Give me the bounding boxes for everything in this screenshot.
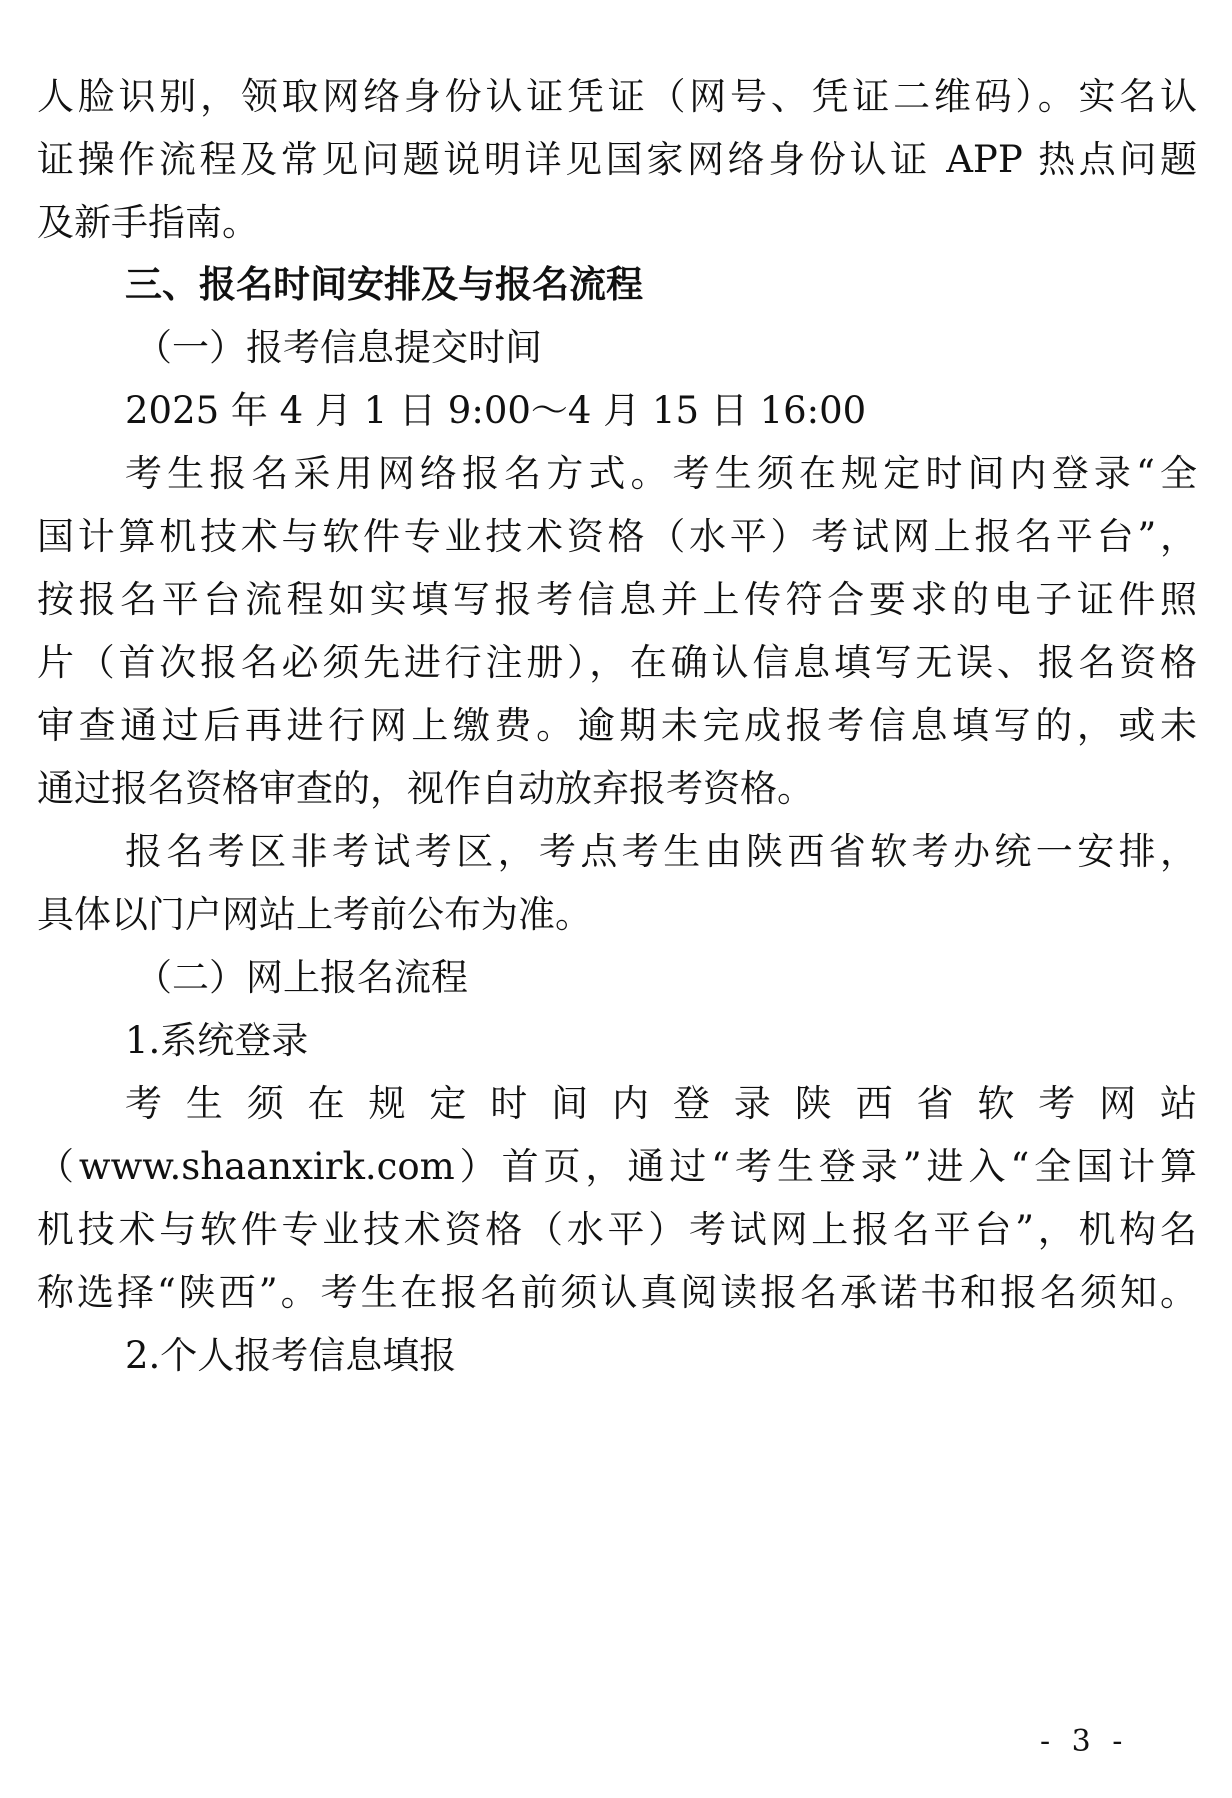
subsection-heading: （一）报考信息提交时间 bbox=[135, 323, 1232, 373]
paragraph-line: 称选择“陕西”。考生在报名前须认真阅读报名承诺书和报名须知。 bbox=[37, 1268, 1197, 1318]
paragraph-line: 片（首次报名必须先进行注册），在确认信息填写无误、报名资格 bbox=[37, 638, 1197, 688]
registration-date: 2025 年 4 月 1 日 9:00～4 月 15 日 16:00 bbox=[125, 386, 1197, 436]
paragraph-line: 考生报名采用网络报名方式。考生须在规定时间内登录“全 bbox=[125, 449, 1197, 499]
paragraph-line: 按报名平台流程如实填写报考信息并上传符合要求的电子证件照 bbox=[37, 575, 1197, 625]
paragraph-line: 机技术与软件专业技术资格（水平）考试网上报名平台”，机构名 bbox=[37, 1205, 1197, 1255]
paragraph-line: 国计算机技术与软件专业技术资格（水平）考试网上报名平台”， bbox=[37, 512, 1197, 562]
paragraph-line: 报名考区非考试考区，考点考生由陕西省软考办统一安排， bbox=[125, 827, 1197, 877]
page-number: - 3 - bbox=[1040, 1722, 1122, 1762]
section-heading: 三、报名时间安排及与报名流程 bbox=[125, 260, 1232, 310]
step-heading: 2.个人报考信息填报 bbox=[125, 1331, 1197, 1381]
paragraph-line: 审查通过后再进行网上缴费。逾期未完成报考信息填写的，或未 bbox=[37, 701, 1197, 751]
document-page: 人脸识别，领取网络身份认证凭证（网号、凭证二维码）。实名认 证操作流程及常见问题… bbox=[0, 0, 1232, 1798]
paragraph-line: 通过报名资格审查的，视作自动放弃报考资格。 bbox=[37, 764, 1197, 814]
subsection-heading: （二）网上报名流程 bbox=[135, 953, 1232, 1003]
body-line: 及新手指南。 bbox=[37, 198, 1197, 248]
paragraph-line: 考生须在规定时间内登录陕西省软考网站 bbox=[125, 1079, 1197, 1129]
paragraph-line: （www.shaanxirk.com）首页，通过“考生登录”进入“全国计算 bbox=[37, 1142, 1197, 1192]
body-line: 人脸识别，领取网络身份认证凭证（网号、凭证二维码）。实名认 bbox=[37, 72, 1197, 122]
paragraph-line: 具体以门户网站上考前公布为准。 bbox=[37, 890, 1197, 940]
body-line: 证操作流程及常见问题说明详见国家网络身份认证 APP 热点问题 bbox=[37, 135, 1197, 185]
step-heading: 1.系统登录 bbox=[125, 1016, 1197, 1066]
